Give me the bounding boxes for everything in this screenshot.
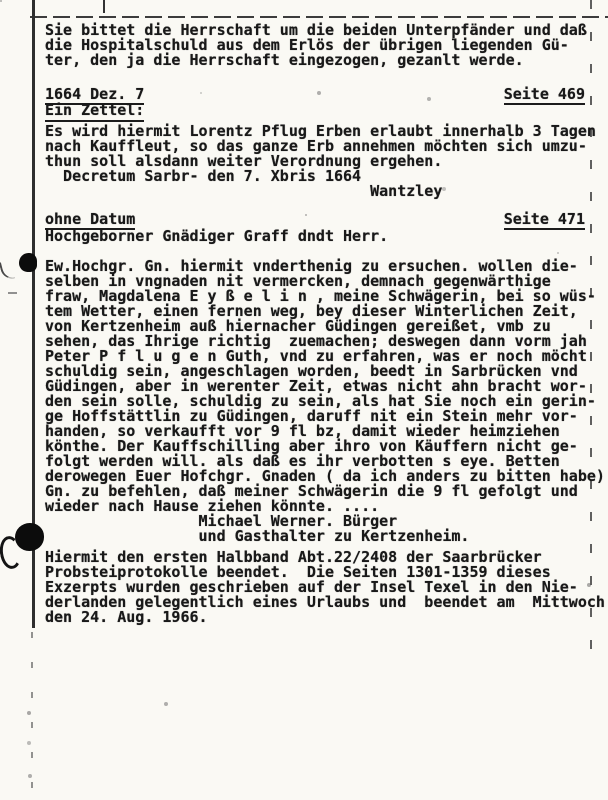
paragraph-decree: Es wird hiermit Lorentz Pflug Erben erla…: [45, 124, 596, 199]
scanned-document-page: Sie bittet die Herrschaft um die beiden …: [0, 0, 608, 800]
pen-mark-top: [0, 260, 15, 281]
paragraph-petition: Ew.Hochgr. Gn. hiermit vnderthenig zu er…: [45, 259, 605, 544]
left-margin-rule-lower: [31, 632, 33, 788]
paragraph-petition-summary: Sie bittet die Herrschaft um die beiden …: [45, 23, 587, 68]
page-ref-469: Seite 469: [504, 87, 585, 105]
top-tick-mark: [103, 0, 105, 13]
scan-speckles: [0, 0, 2, 2]
top-dashed-rule: [30, 16, 608, 18]
entry-title-zettel: Ein Zettel:: [45, 103, 144, 118]
page-ref-471: Seite 471: [504, 212, 585, 230]
entry-title-zettel-text: Ein Zettel:: [45, 101, 144, 122]
ink-blot-top: [19, 253, 37, 272]
pen-dash-mark: [8, 292, 17, 294]
paragraph-colophon: Hiermit den ersten Halbband Abt.22/2408 …: [45, 550, 605, 625]
salutation-line: Hochgeborner Gnädiger Graff dndt Herr.: [45, 229, 388, 244]
